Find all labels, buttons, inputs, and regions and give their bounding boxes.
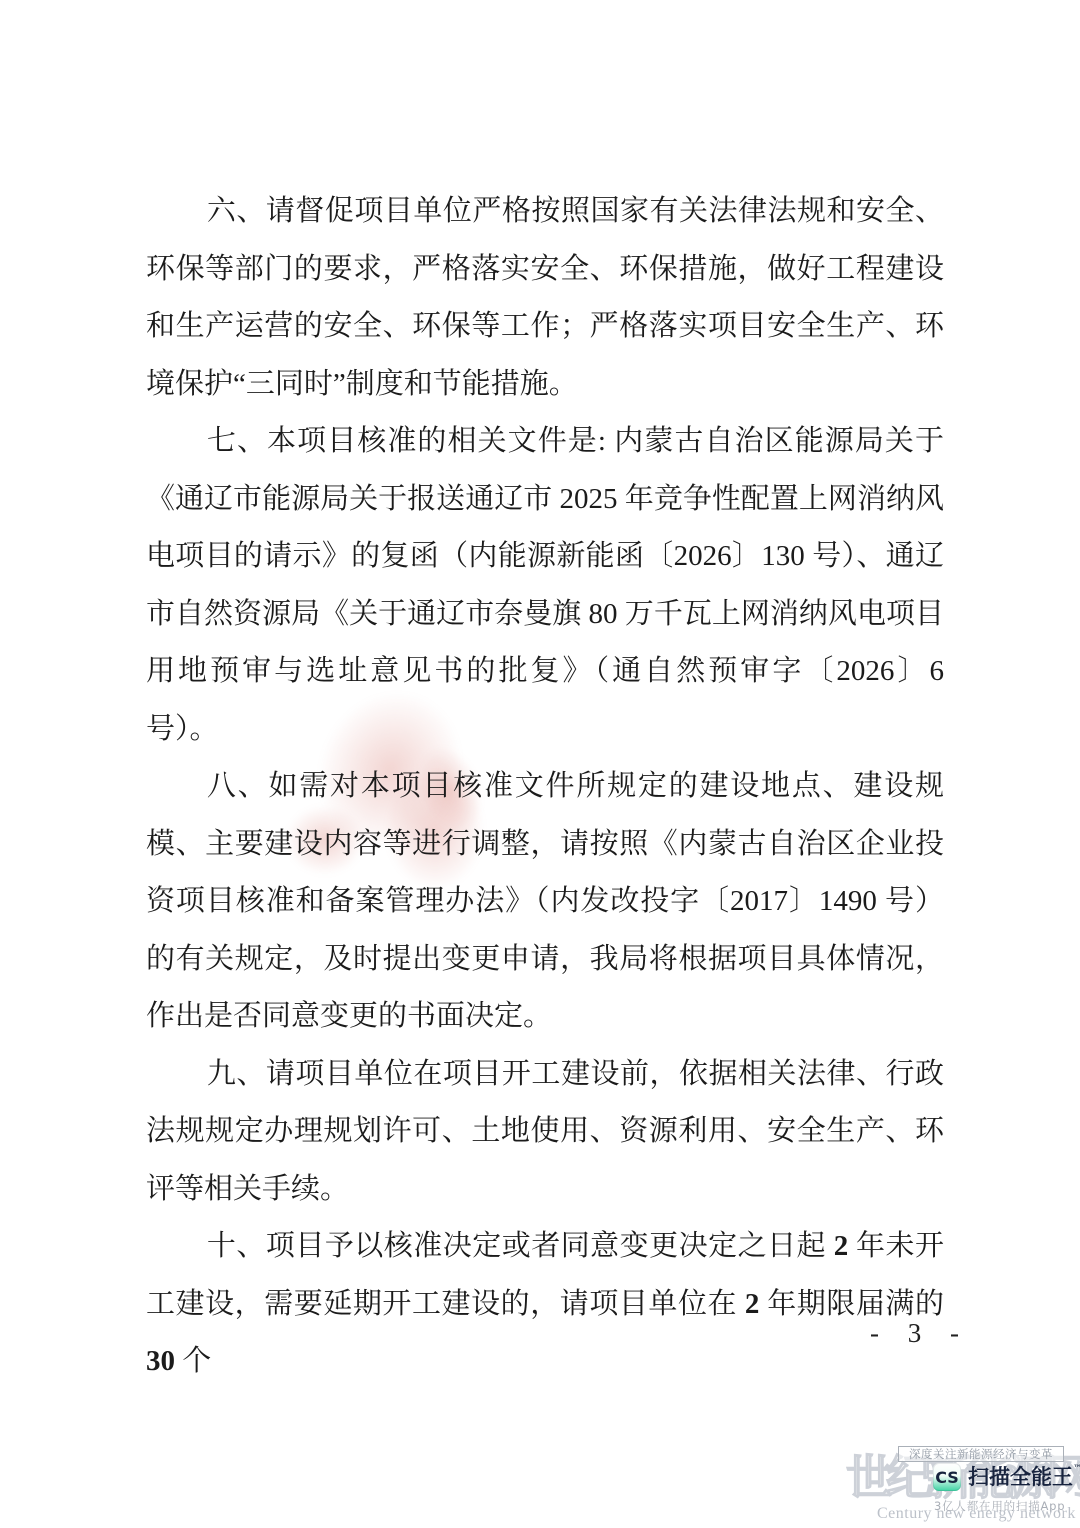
text-run: 年期限届满的 — [759, 1288, 944, 1320]
camscanner-app-name: 扫描全能王™ — [968, 1464, 1080, 1490]
paragraph-clause-7: 七、本项目核准的相关文件是: 内蒙古自治区能源局关于《通辽市能源局关于报送通辽市… — [146, 413, 944, 758]
camscanner-subtitle: 3亿人都在用的扫描App — [934, 1498, 1065, 1514]
camscanner-icon-letters: CS — [935, 1468, 959, 1487]
app-name-text: 扫描全能王 — [968, 1465, 1073, 1489]
trademark-mark: ™ — [1073, 1464, 1080, 1474]
scanned-document-page: 六、请督促项目单位严格按照国家有关法律法规和安全、环保等部门的要求，严格落实安全… — [0, 0, 1080, 1528]
camscanner-icon: CS — [933, 1463, 961, 1491]
watermark-tagline-bar: 深度关注新能源经济与变革 — [898, 1446, 1064, 1462]
document-body: 六、请督促项目单位严格按照国家有关法律法规和安全、环保等部门的要求，严格落实安全… — [146, 183, 944, 1391]
bold-number: 2 — [745, 1288, 760, 1320]
text-run: 八、如需对本项目核准文件所规定的建设地点、建设规模、主要建设内容等进行调整，请按… — [146, 770, 944, 1032]
text-run: 个 — [175, 1345, 211, 1377]
paragraph-clause-10: 十、项目予以核准决定或者同意变更决定之日起 2 年未开工建设，需要延期开工建设的… — [146, 1218, 944, 1391]
paragraph-clause-8: 八、如需对本项目核准文件所规定的建设地点、建设规模、主要建设内容等进行调整，请按… — [146, 758, 944, 1046]
paragraph-clause-6: 六、请督促项目单位严格按照国家有关法律法规和安全、环保等部门的要求，严格落实安全… — [146, 183, 944, 413]
bold-number: 30 — [146, 1345, 175, 1377]
text-run: 六、请督促项目单位严格按照国家有关法律法规和安全、环保等部门的要求，严格落实安全… — [146, 195, 944, 400]
bold-number: 2 — [834, 1230, 849, 1262]
text-run: 九、请项目单位在项目开工建设前，依据相关法律、行政法规规定办理规划许可、土地使用… — [146, 1058, 944, 1205]
page-number: - 3 - — [855, 1318, 985, 1349]
paragraph-clause-9: 九、请项目单位在项目开工建设前，依据相关法律、行政法规规定办理规划许可、土地使用… — [146, 1046, 944, 1219]
text-run: 七、本项目核准的相关文件是: 内蒙古自治区能源局关于《通辽市能源局关于报送通辽市… — [146, 425, 944, 745]
text-run: 十、项目予以核准决定或者同意变更决定之日起 — [207, 1230, 834, 1262]
